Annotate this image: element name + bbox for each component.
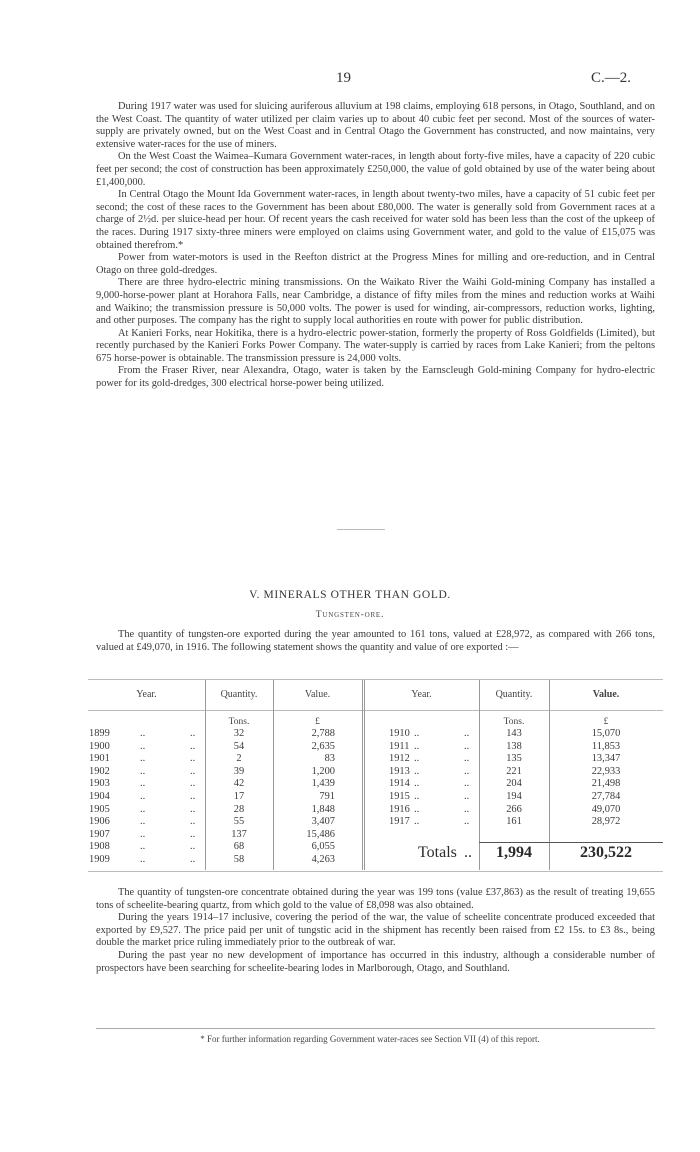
table-top-rule	[88, 679, 663, 680]
page-number: 19	[336, 70, 351, 87]
leader-dots: ..	[414, 804, 419, 817]
paragraph: Power from water-motors is used in the R…	[96, 252, 655, 277]
unit-tons: Tons.	[205, 717, 273, 727]
value-cell: 15,070	[549, 728, 663, 741]
paragraph: In Central Otago the Mount Ida Governmen…	[96, 189, 655, 252]
section-divider	[337, 529, 385, 530]
leader-dots: ..	[464, 816, 469, 829]
table-row: 1912....13513,347	[0, 753, 700, 766]
year-cell: 1912	[389, 753, 410, 766]
table-row: 1917....16128,972	[0, 816, 700, 829]
totals-row: Totals .. 1,994 230,522	[0, 846, 700, 860]
header-quantity: Quantity.	[479, 689, 549, 700]
table-row: 1907....13715,486	[0, 829, 700, 842]
totals-dots: ..	[464, 846, 472, 860]
quantity-cell: 161	[479, 816, 549, 829]
unit-pounds: £	[273, 717, 362, 727]
leader-dots: ..	[414, 753, 419, 766]
quantity-cell: 137	[205, 829, 273, 842]
quantity-cell: 194	[479, 791, 549, 804]
unit-pounds: £	[549, 717, 663, 727]
year-cell: 1913	[389, 766, 410, 779]
quantity-cell: 143	[479, 728, 549, 741]
value-cell: 49,070	[549, 804, 663, 817]
totals-value: 230,522	[549, 846, 663, 860]
leader-dots: ..	[414, 766, 419, 779]
year-cell: 1907	[89, 829, 110, 842]
header-value: Value.	[549, 689, 663, 700]
value-cell: 11,853	[549, 741, 663, 754]
quantity-cell: 221	[479, 766, 549, 779]
leader-dots: ..	[414, 791, 419, 804]
totals-label: Totals	[418, 846, 457, 860]
water-races-section: During 1917 water was used for sluicing …	[96, 101, 655, 391]
table-row: 1913....22122,933	[0, 766, 700, 779]
tungsten-intro: The quantity of tungsten-ore exported du…	[96, 629, 655, 654]
section-title: V. MINERALS OTHER THAN GOLD.	[0, 589, 700, 601]
value-cell: 27,784	[549, 791, 663, 804]
tungsten-notes: The quantity of tungsten-ore concentrate…	[96, 887, 655, 975]
leader-dots: ..	[464, 778, 469, 791]
value-cell: 13,347	[549, 753, 663, 766]
footnote-text: * For further information regarding Gove…	[200, 1034, 540, 1044]
leader-dots: ..	[140, 829, 145, 842]
value-cell: 15,486	[273, 829, 335, 842]
footnote-rule	[96, 1028, 655, 1029]
value-cell: 22,933	[549, 766, 663, 779]
table-row: 1914....20421,498	[0, 778, 700, 791]
header-value: Value.	[273, 689, 362, 700]
leader-dots: ..	[464, 791, 469, 804]
year-cell: 1915	[389, 791, 410, 804]
leader-dots: ..	[464, 728, 469, 741]
section-subtitle: Tungsten-ore.	[0, 610, 700, 620]
table-row: 1910....14315,070	[0, 728, 700, 741]
leader-dots: ..	[190, 829, 195, 842]
leader-dots: ..	[464, 753, 469, 766]
paragraph: The quantity of tungsten-ore exported du…	[96, 629, 655, 654]
leader-dots: ..	[414, 816, 419, 829]
paragraph: During 1917 water was used for sluicing …	[96, 101, 655, 151]
value-cell: 21,498	[549, 778, 663, 791]
table-row: 1916....26649,070	[0, 804, 700, 817]
table-row: 1911....13811,853	[0, 741, 700, 754]
leader-dots: ..	[464, 766, 469, 779]
leader-dots: ..	[414, 728, 419, 741]
table-bottom-rule	[88, 871, 663, 872]
paragraph: During the years 1914–17 inclusive, cove…	[96, 912, 655, 950]
quantity-cell: 266	[479, 804, 549, 817]
quantity-cell: 138	[479, 741, 549, 754]
leader-dots: ..	[464, 804, 469, 817]
document-reference: C.—2.	[591, 70, 631, 87]
leader-dots: ..	[414, 741, 419, 754]
leader-dots: ..	[464, 741, 469, 754]
leader-dots: ..	[414, 778, 419, 791]
document-page: 19 C.—2. During 1917 water was used for …	[0, 0, 700, 1152]
quantity-cell: 204	[479, 778, 549, 791]
header-year: Year.	[364, 689, 479, 700]
table-header-rule	[88, 710, 663, 711]
paragraph: At Kanieri Forks, near Hokitika, there i…	[96, 328, 655, 366]
paragraph: There are three hydro-electric mining tr…	[96, 277, 655, 327]
paragraph: The quantity of tungsten-ore concentrate…	[96, 887, 655, 912]
unit-tons: Tons.	[479, 717, 549, 727]
value-cell: 28,972	[549, 816, 663, 829]
quantity-cell: 135	[479, 753, 549, 766]
paragraph: During the past year no new development …	[96, 950, 655, 975]
paragraph: On the West Coast the Waimea–Kumara Gove…	[96, 151, 655, 189]
table-row: 1915....19427,784	[0, 791, 700, 804]
footnote: * For further information regarding Gove…	[0, 1034, 700, 1044]
totals-rule	[479, 842, 663, 843]
totals-quantity: 1,994	[479, 846, 549, 860]
year-cell: 1917	[389, 816, 410, 829]
year-cell: 1911	[389, 741, 409, 754]
header-quantity: Quantity.	[205, 689, 273, 700]
year-cell: 1914	[389, 778, 410, 791]
header-year: Year.	[88, 689, 205, 700]
year-cell: 1916	[389, 804, 410, 817]
paragraph: From the Fraser River, near Alexandra, O…	[96, 365, 655, 390]
year-cell: 1910	[389, 728, 410, 741]
